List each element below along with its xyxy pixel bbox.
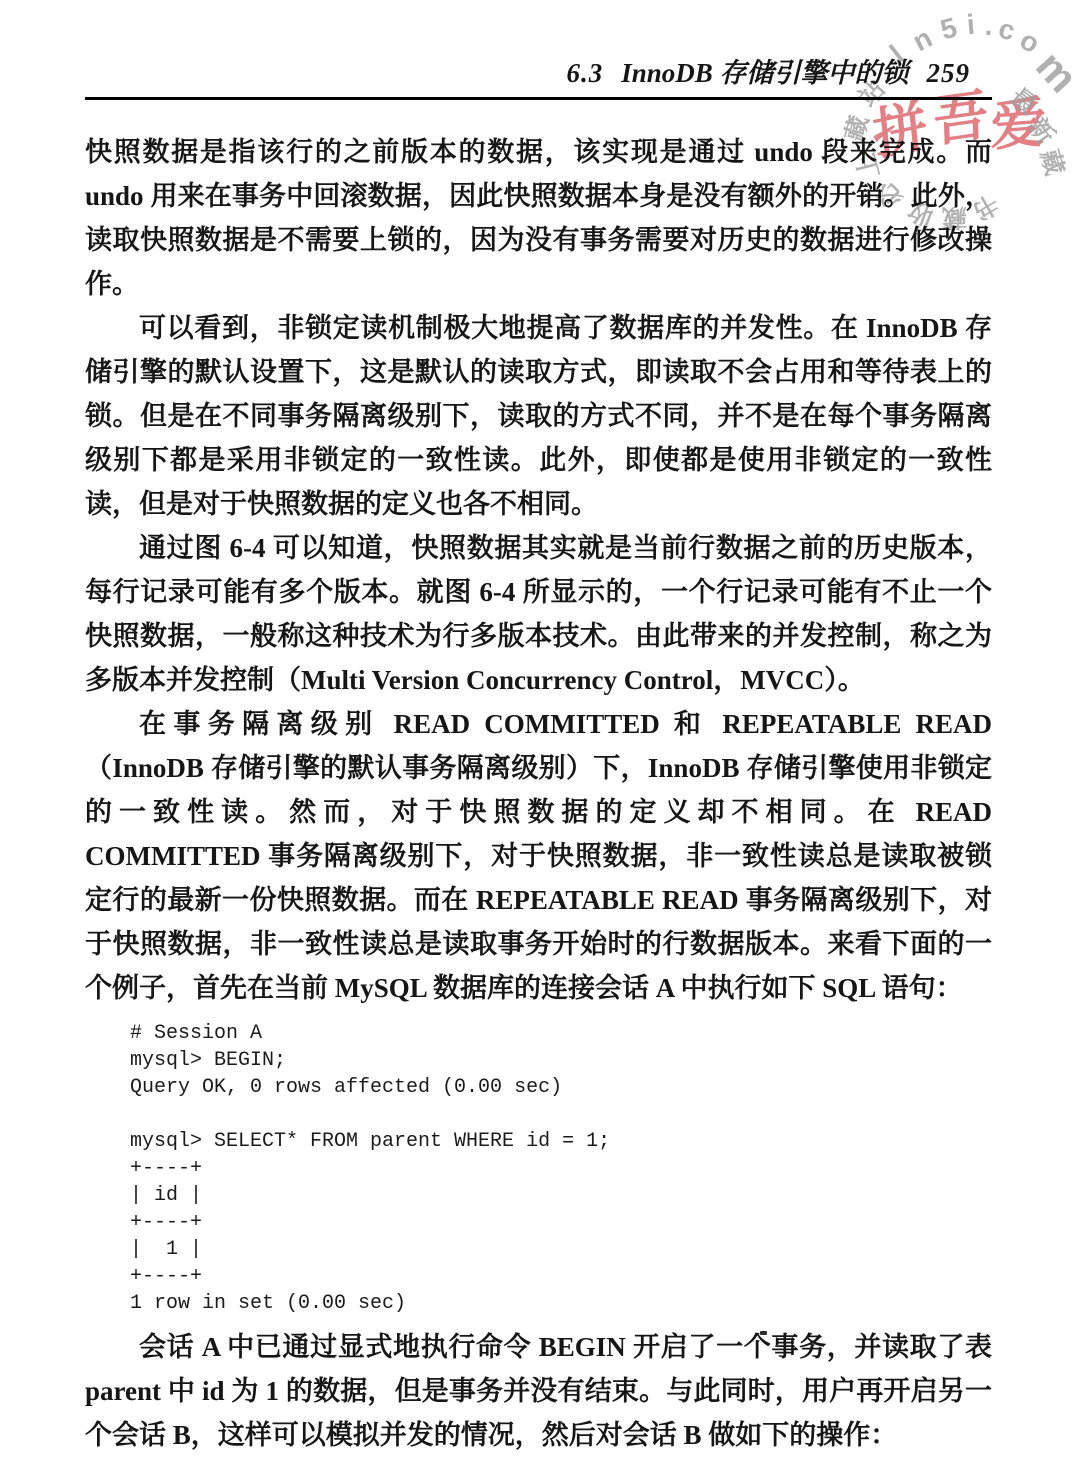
code-line: mysql> BEGIN; bbox=[130, 1047, 992, 1074]
code-line: | id | bbox=[130, 1182, 992, 1209]
watermark-arc-char: o bbox=[1014, 24, 1044, 60]
chapter-title: InnoDB 存储引擎中的锁 bbox=[621, 56, 908, 90]
code-line: +----+ bbox=[130, 1155, 992, 1182]
paragraph: 会话 A 中已通过显式地执行命令 BEGIN 开启了一个事务，并读取了表 par… bbox=[85, 1325, 992, 1457]
watermark-arc-char: c bbox=[995, 13, 1018, 48]
code-line: # Session A bbox=[130, 1020, 992, 1047]
watermark-ring-char: 藏 bbox=[1033, 145, 1075, 179]
paragraph: 快照数据是指该行的之前版本的数据，该实现是通过 undo 段来完成。而 undo… bbox=[85, 130, 992, 306]
scan-artifact-dot bbox=[760, 1331, 767, 1335]
watermark-arc-char: 5 bbox=[937, 12, 960, 47]
watermark-ring-char: 新 bbox=[1021, 109, 1065, 150]
code-line: mysql> SELECT* FROM parent WHERE id = 1; bbox=[130, 1128, 992, 1155]
code-line bbox=[130, 1101, 992, 1128]
paragraph: 通过图 6-4 可以知道，快照数据其实就是当前行数据之前的历史版本，每行记录可能… bbox=[85, 526, 992, 702]
code-line: +----+ bbox=[130, 1209, 992, 1236]
watermark-arc-char: n bbox=[908, 22, 938, 58]
code-line: | 1 | bbox=[130, 1236, 992, 1263]
watermark-center-char: 爱 bbox=[990, 78, 1048, 161]
watermark-arc-char: i bbox=[966, 9, 977, 42]
code-line: Query OK, 0 rows affected (0.00 sec) bbox=[130, 1074, 992, 1101]
book-page: 6.3 InnoDB 存储引擎中的锁 259 快照数据是指该行的之前版本的数据，… bbox=[0, 0, 1080, 1478]
watermark-ring-char: 最 bbox=[1004, 78, 1045, 122]
code-line: 1 row in set (0.00 sec) bbox=[130, 1290, 992, 1317]
watermark-arc-char: m bbox=[1026, 42, 1080, 102]
running-head: 6.3 InnoDB 存储引擎中的锁 259 bbox=[85, 56, 992, 90]
page-number: 259 bbox=[927, 56, 971, 90]
page-content: 6.3 InnoDB 存储引擎中的锁 259 快照数据是指该行的之前版本的数据，… bbox=[85, 56, 992, 1457]
section-number: 6.3 bbox=[566, 56, 603, 90]
code-line: +----+ bbox=[130, 1263, 992, 1290]
sql-code-block: # Session A mysql> BEGIN; Query OK, 0 ro… bbox=[130, 1020, 992, 1317]
paragraph: 在事务隔离级别 READ COMMITTED 和 REPEATABLE READ… bbox=[85, 702, 992, 1010]
header-rule bbox=[85, 97, 992, 100]
body-text: 快照数据是指该行的之前版本的数据，该实现是通过 undo 段来完成。而 undo… bbox=[85, 130, 992, 1457]
paragraph: 可以看到，非锁定读机制极大地提高了数据库的并发性。在 InnoDB 存储引擎的默… bbox=[85, 306, 992, 526]
watermark-arc-char: . bbox=[984, 10, 994, 42]
